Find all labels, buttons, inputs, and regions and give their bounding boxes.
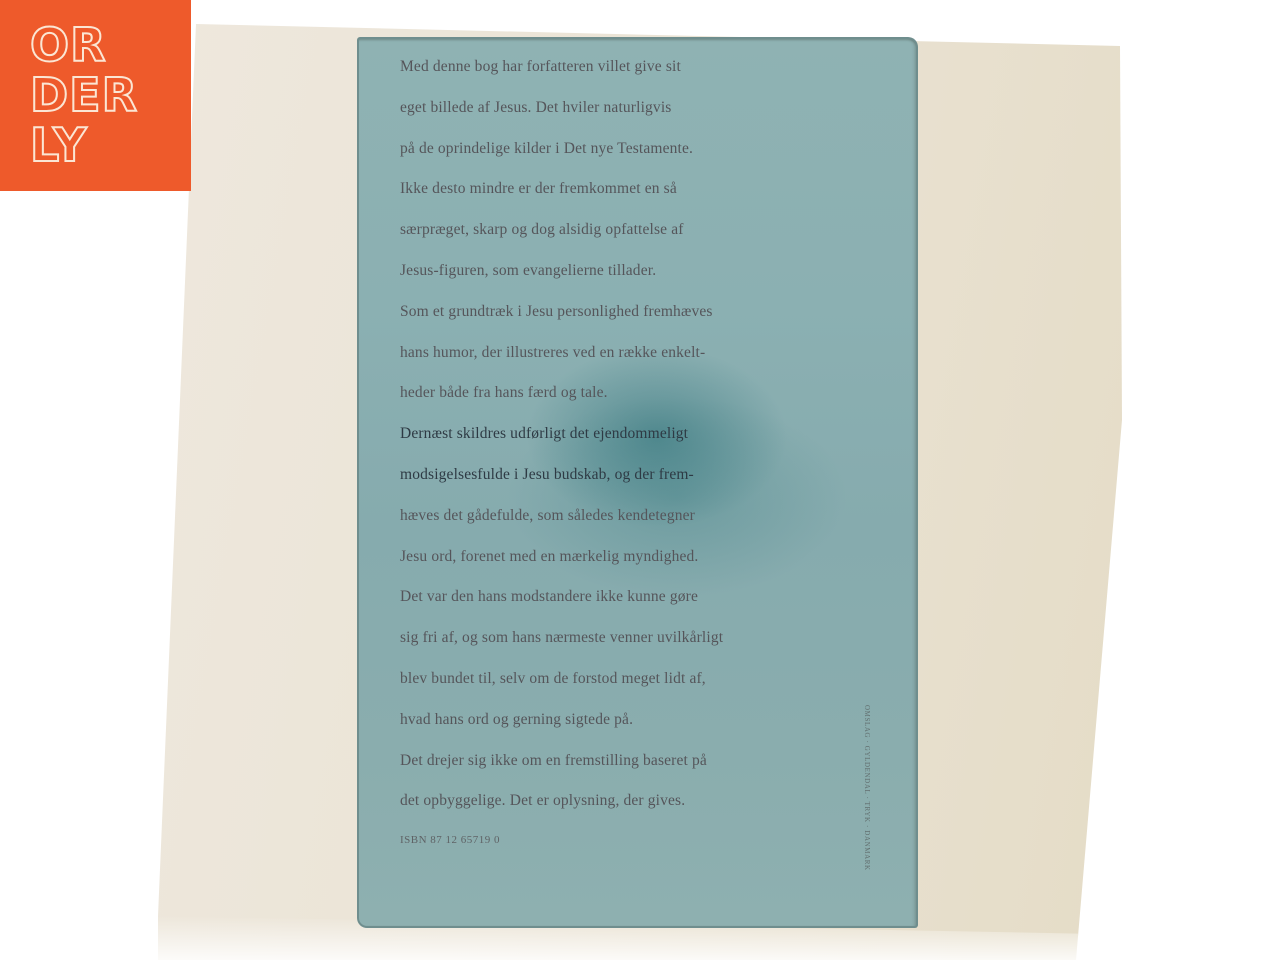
blurb-line: hvad hans ord og gerning sigtede på.: [400, 700, 820, 741]
blurb-line: Dernæst skildres udførligt det ejendomme…: [400, 414, 820, 455]
logo-line-2: DER: [30, 70, 180, 120]
blurb-line: Som et grundtræk i Jesu personlighed fre…: [400, 292, 820, 333]
blurb-line: heder både fra hans færd og tale.: [400, 373, 820, 414]
blurb-line: Det drejer sig ikke om en fremstilling b…: [400, 741, 820, 782]
blurb-line: blev bundet til, selv om de forstod mege…: [400, 659, 820, 700]
blurb-line: det opbyggelige. Det er oplysning, der g…: [400, 781, 820, 822]
blurb-line: modsigelsesfulde i Jesu budskab, og der …: [400, 455, 820, 496]
blurb-line: sig fri af, og som hans nærmeste venner …: [400, 618, 820, 659]
blurb-line: hæves det gådefulde, som således kendete…: [400, 496, 820, 537]
logo-wordmark: OR DER LY: [30, 20, 180, 170]
logo-line-1: OR: [30, 20, 180, 70]
orderly-logo: OR DER LY: [0, 0, 191, 191]
blurb-line: på de oprindelige kilder i Det nye Testa…: [400, 129, 820, 170]
blurb-line: Det var den hans modstandere ikke kunne …: [400, 577, 820, 618]
blurb-line: særpræget, skarp og dog alsidig opfattel…: [400, 210, 820, 251]
blurb-text: Med denne bog har forfatteren villet giv…: [400, 47, 820, 822]
blurb-line: hans humor, der illustreres ved en række…: [400, 333, 820, 374]
logo-line-3: LY: [30, 120, 180, 170]
book-back-cover: Med denne bog har forfatteren villet giv…: [357, 37, 918, 928]
blurb-line: Jesu ord, forenet med en mærkelig myndig…: [400, 537, 820, 578]
isbn-number: ISBN 87 12 65719 0: [400, 834, 500, 846]
blurb-line: Med denne bog har forfatteren villet giv…: [400, 47, 820, 88]
blurb-line: eget billede af Jesus. Det hviler naturl…: [400, 88, 820, 129]
blurb-line: Jesus-figuren, som evangelierne tillader…: [400, 251, 820, 292]
vertical-credit-text: OMSLAG · GYLDENDAL · TRYK · DANMARK: [863, 705, 871, 871]
blurb-line: Ikke desto mindre er der fremkommet en s…: [400, 169, 820, 210]
